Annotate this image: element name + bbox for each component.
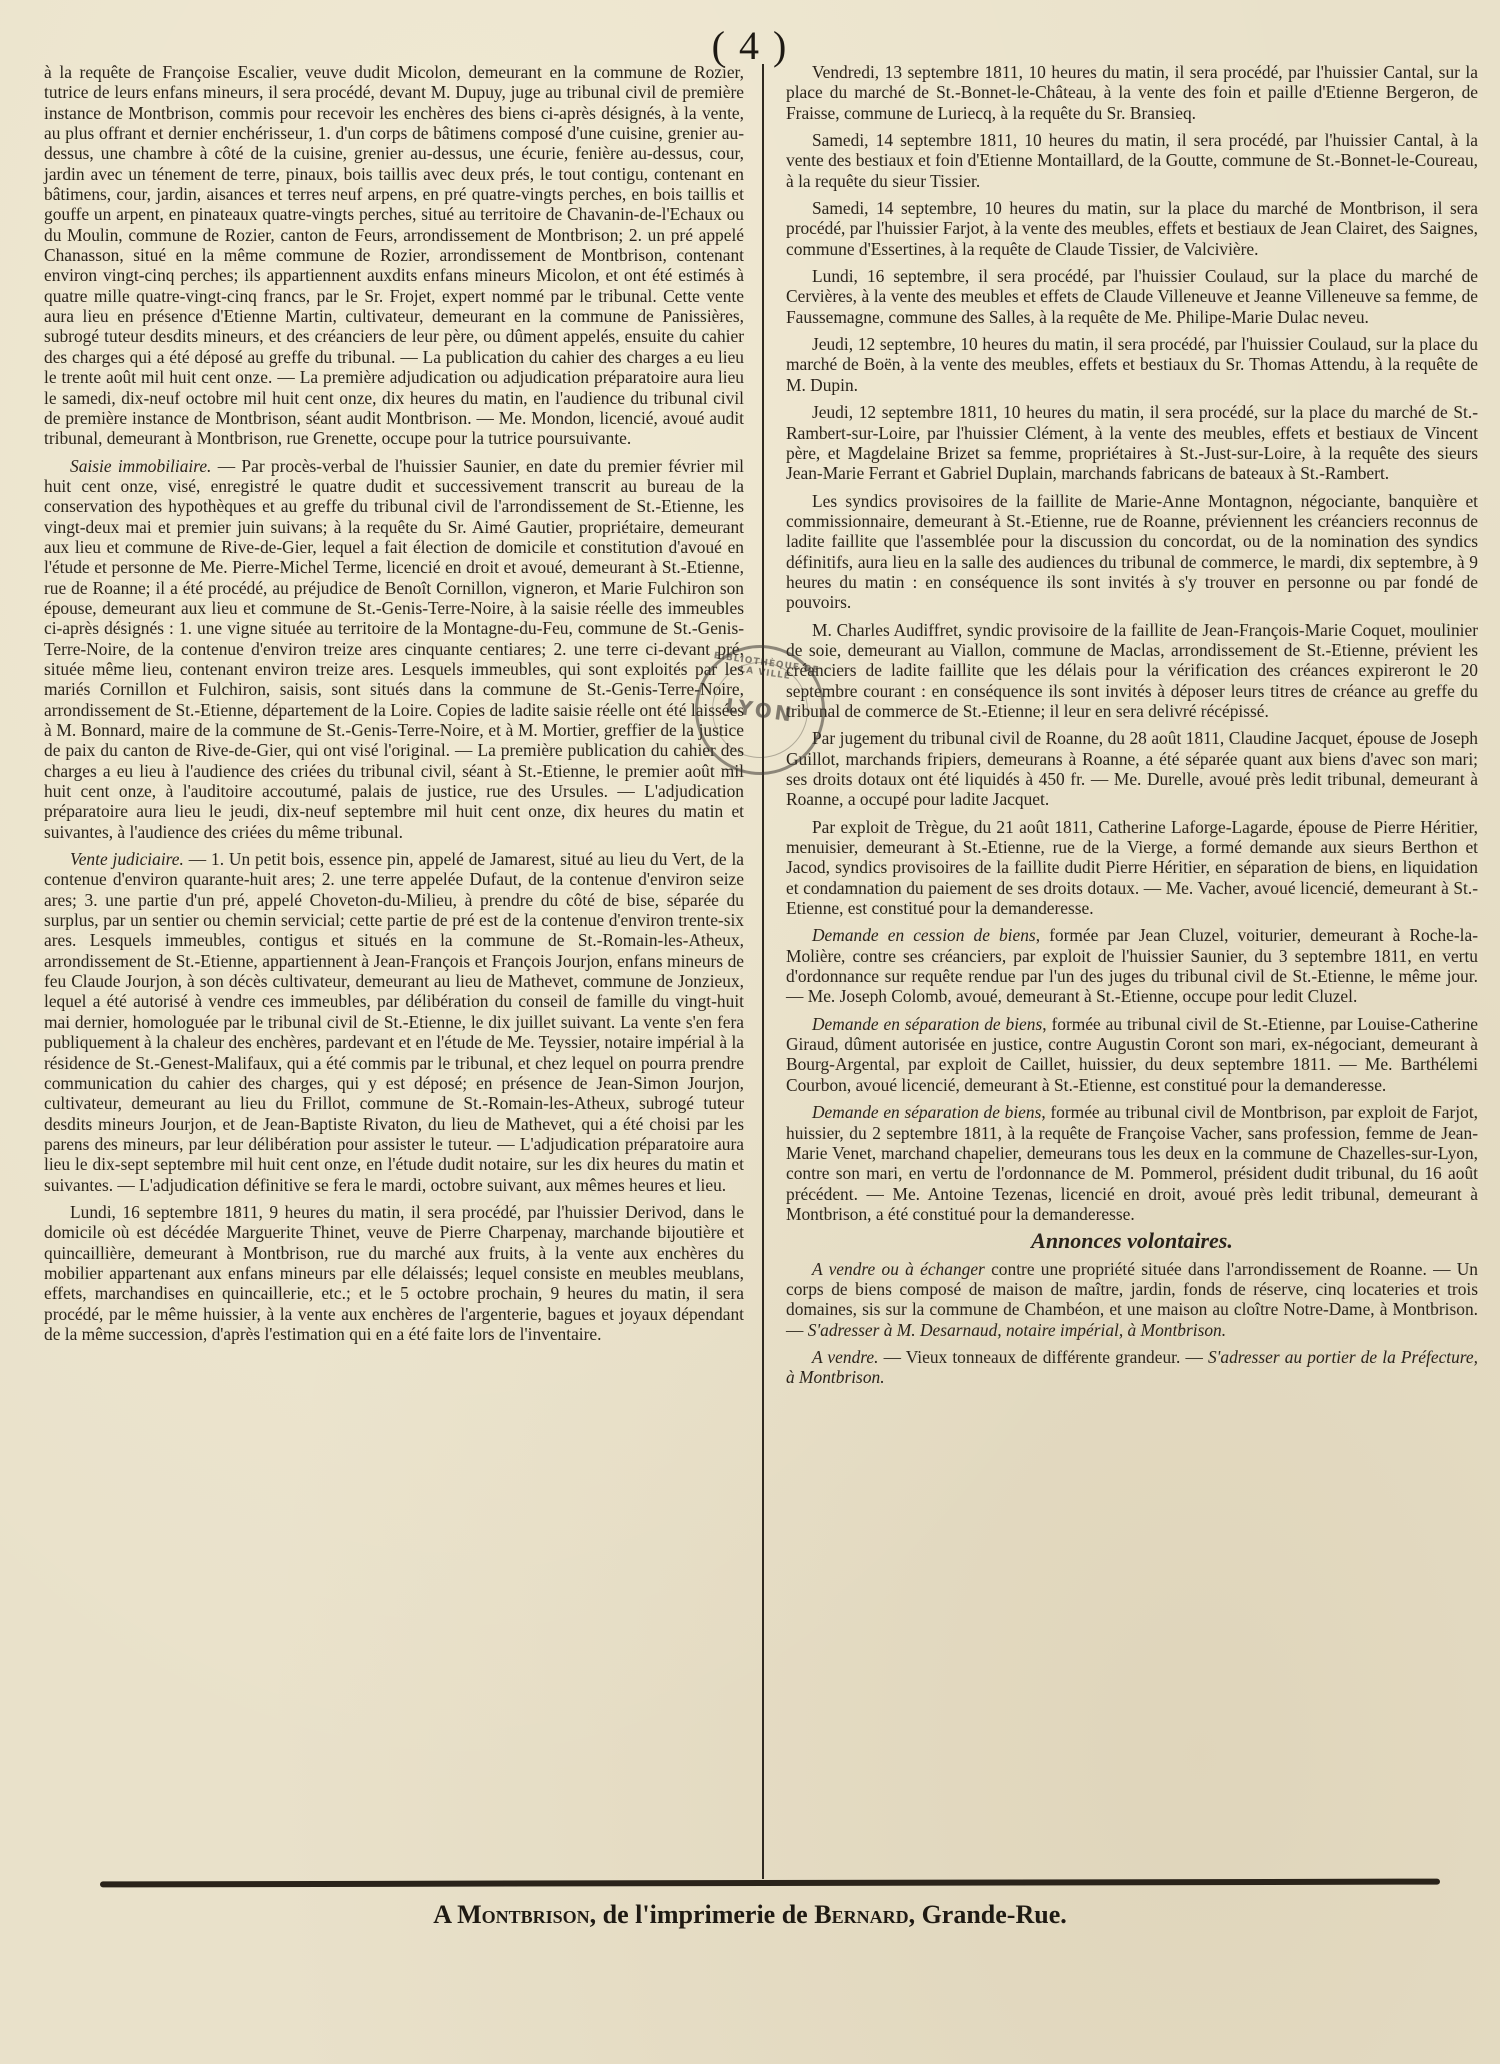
notice-derivod-sale: Lundi, 16 septembre 1811, 9 heures du ma… (44, 1202, 744, 1344)
notice-coulaud-12: Jeudi, 12 septembre, 10 heures du matin,… (786, 334, 1478, 395)
printer-imprint: A Montbrison, de l'imprimerie de Bernard… (0, 1900, 1500, 1930)
notice-lead: Saisie immobiliaire. (70, 456, 211, 476)
notice-cantal-13: Vendredi, 13 septembre 1811, 10 heures d… (786, 62, 1478, 123)
ad-lead: A vendre ou à échanger (812, 1259, 985, 1279)
notice-vacher-separation: Demande en séparation de biens, formée a… (786, 1102, 1478, 1224)
notice-jacquet-jugement: Par jugement du tribunal civil de Roanne… (786, 728, 1478, 809)
ad-vendre-echanger: A vendre ou à échanger contre une propri… (786, 1259, 1478, 1340)
columns: à la requête de Françoise Escalier, veuv… (44, 62, 1480, 1852)
notice-lead: Demande en séparation de biens (812, 1014, 1042, 1034)
ad-lead: A vendre. (812, 1347, 878, 1367)
section-heading-annonces: Annonces volontaires. (786, 1231, 1478, 1251)
notice-cantal-14: Samedi, 14 septembre 1811, 10 heures du … (786, 130, 1478, 191)
left-column: à la requête de Françoise Escalier, veuv… (44, 62, 744, 1351)
notice-lead: Demande en cession de biens (812, 925, 1036, 945)
notice-lead: Demande en séparation de biens (812, 1102, 1041, 1122)
footer-rule (100, 1879, 1440, 1888)
notice-laforge-exploit: Par exploit de Trègue, du 21 août 1811, … (786, 817, 1478, 919)
notice-micolon-sale: à la requête de Françoise Escalier, veuv… (44, 62, 744, 449)
notice-coulaud-16: Lundi, 16 septembre, il sera procédé, pa… (786, 266, 1478, 327)
notice-saisie-immobiliaire: Saisie immobiliaire. — Par procès-verbal… (44, 456, 744, 843)
notice-farjot-14: Samedi, 14 septembre, 10 heures du matin… (786, 198, 1478, 259)
ad-tonneaux: A vendre. — Vieux tonneaux de différente… (786, 1347, 1478, 1388)
imprint-city: Montbrison (457, 1900, 590, 1929)
imprint-printer: Bernard (814, 1900, 908, 1929)
notice-vente-judiciaire: Vente judiciaire. — 1. Un petit bois, es… (44, 849, 744, 1195)
notice-cluzel-cession: Demande en cession de biens, formée par … (786, 925, 1478, 1006)
right-column: Vendredi, 13 septembre 1811, 10 heures d… (786, 62, 1478, 1395)
notice-lead: Vente judiciaire. (70, 849, 184, 869)
notice-giraud-separation: Demande en séparation de biens, formée a… (786, 1014, 1478, 1095)
notice-coquet-faillite: M. Charles Audiffret, syndic provisoire … (786, 620, 1478, 722)
notice-clement-12: Jeudi, 12 septembre 1811, 10 heures du m… (786, 402, 1478, 483)
ad-contact: S'adresser à M. Desarnaud, notaire impér… (808, 1320, 1226, 1340)
column-divider (762, 64, 764, 1879)
notice-montagnon-faillite: Les syndics provisoires de la faillite d… (786, 491, 1478, 613)
